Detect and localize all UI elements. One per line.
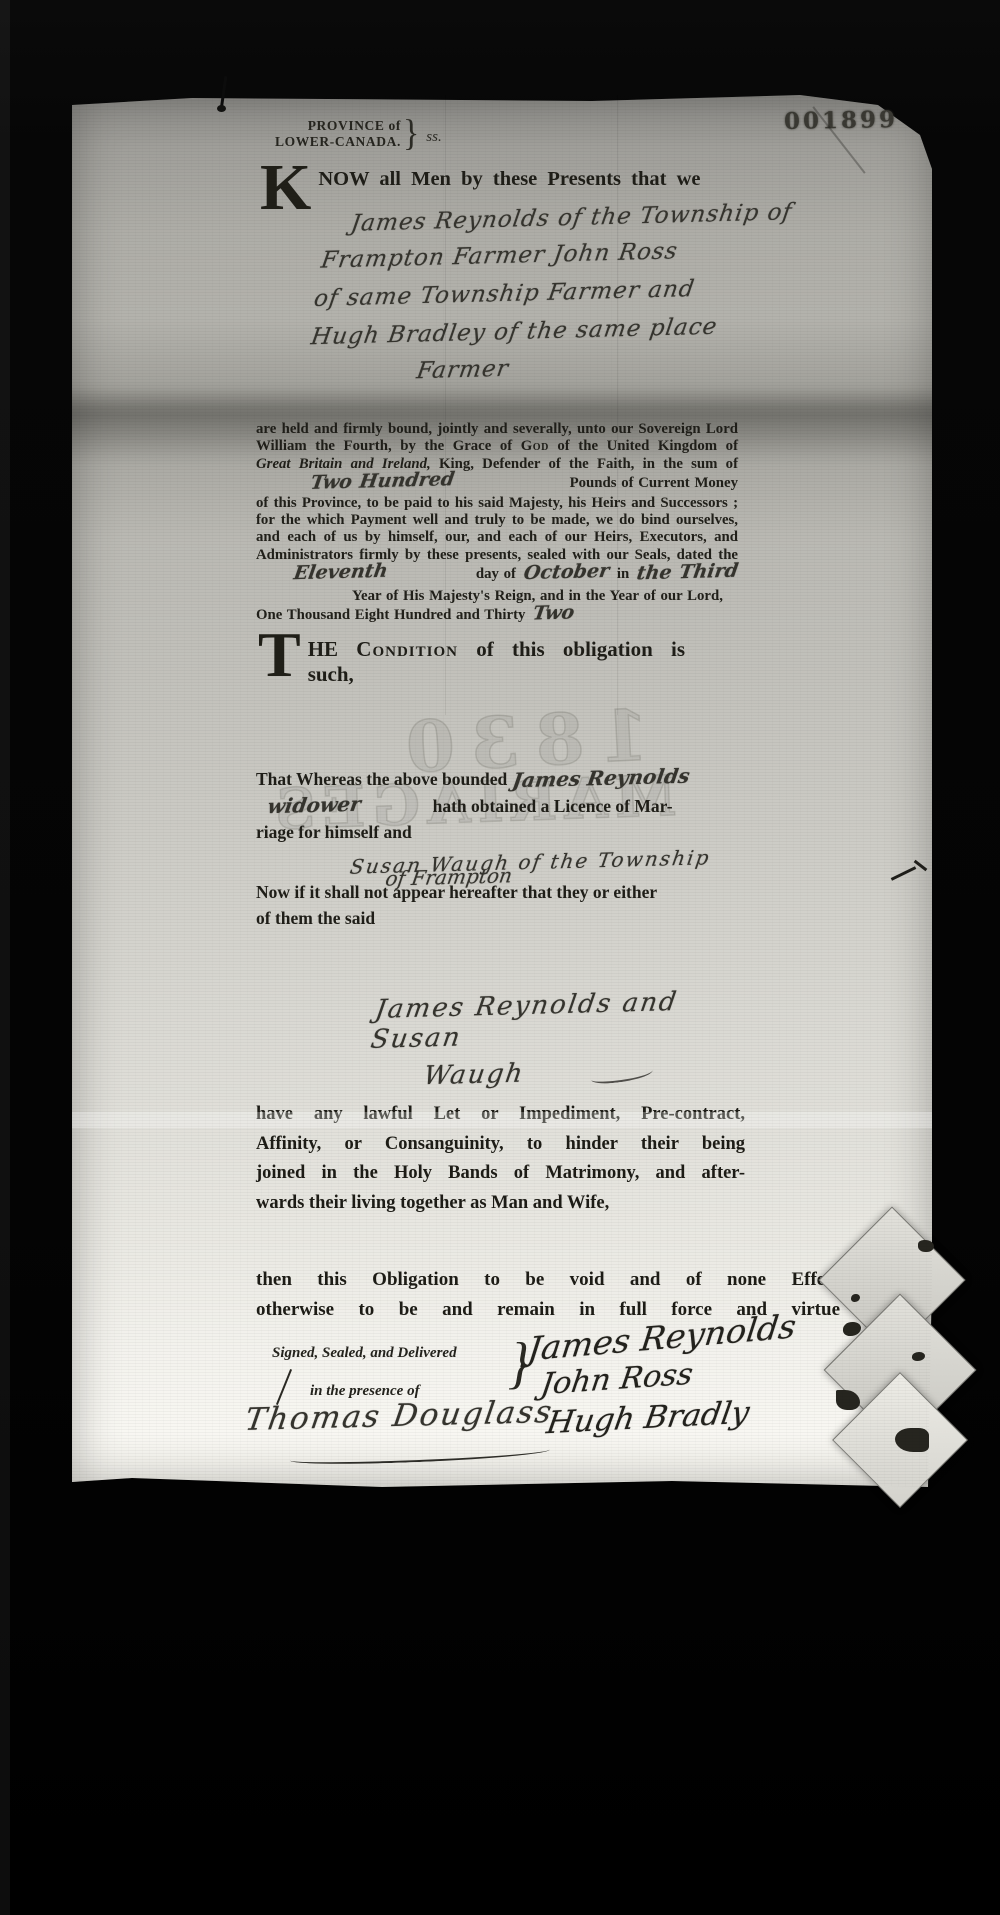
bond-line1: are held and firmly bound, jointly and s… (256, 421, 738, 438)
bond-line4: Two Hundred Pounds of Current Money (256, 473, 738, 495)
condition-he: HE (308, 637, 338, 661)
pen-mark (217, 105, 226, 112)
paper-crease (445, 95, 446, 715)
serial-number-stamp: 001899 (784, 106, 898, 135)
bond-line2-pre: William the Fourth, by the Grace of (256, 438, 512, 454)
whereas-section: That Whereas the above boundedJames Reyn… (256, 765, 750, 931)
handwritten-status: widower (266, 791, 363, 819)
impediment-paragraph: have any lawful Let or Impediment, Pre-c… (256, 1100, 745, 1218)
handwritten-month: October (522, 563, 610, 583)
whereas-line3: riage for himself and (256, 819, 750, 845)
whereas-line1: That Whereas the above boundedJames Reyn… (256, 765, 750, 792)
bond-line5: of this Province, to be paid to his said… (256, 495, 738, 512)
bond-paragraph: are held and firmly bound, jointly and s… (256, 421, 738, 629)
handwritten-year: Two (532, 605, 576, 623)
bond-line9-dayof: day of (476, 566, 516, 583)
condition-smallcaps: Condition (356, 637, 458, 661)
province-line1: PROVINCE of (275, 118, 401, 134)
bond-line6: for the which Payment well and truly to … (256, 512, 738, 529)
impediment-line2: Affinity, or Consanguinity, to hinder th… (256, 1130, 745, 1160)
bond-god: God (521, 438, 549, 454)
bond-line9: Eleventh day of October in the Third (256, 564, 738, 588)
impediment-line1: have any lawful Let or Impediment, Pre-c… (256, 1100, 745, 1130)
province-header: PROVINCE of LOWER-CANADA. } ss. (275, 115, 442, 153)
bond-line2: William the Fourth, by the Grace of God … (256, 438, 738, 455)
dropcap-t: T (258, 628, 299, 682)
opening-text: NOW all Men by these Presents that we (260, 160, 820, 191)
handwritten-regnal-year: the Third (636, 563, 740, 583)
ink-blot (918, 1240, 934, 1252)
whereas-line1-printed: That Whereas the above bounded (256, 769, 507, 789)
document-scan: 1830 MARIAGES PROVINCE of LOWER-CANADA. … (0, 0, 1000, 1915)
party-signature-1: James Reynolds (530, 1318, 794, 1357)
handwritten-sum: Two Hundred (309, 471, 455, 492)
condition-text: HE Condition of this obligation is such, (258, 628, 744, 687)
witness-signature: Thomas Douglass (246, 1398, 553, 1434)
handwritten-groom-name: James Reynolds (511, 763, 692, 794)
handwritten-signature-john-ross: John Ross (539, 1357, 696, 1402)
couple-handwritten-block: James Reynolds and Susan Waugh (256, 990, 750, 1090)
closing-line1: then this Obligation to be void and of n… (256, 1265, 840, 1295)
whereas-line5: of them the said (256, 905, 750, 931)
impediment-line3: joined in the Holy Bands of Matrimony, a… (256, 1159, 745, 1189)
bond-line4-post: Pounds of Current Money (570, 475, 738, 492)
province-ss: ss. (426, 129, 441, 146)
bond-line3-post: King, Defender of the Faith, in the sum … (439, 456, 738, 472)
handwritten-party-line2: Frampton Farmer John Ross (319, 238, 679, 273)
bond-line9-in: in (617, 566, 629, 583)
handwritten-signature-hugh-bradly: Hugh Bradly (544, 1395, 752, 1441)
whereas-line2: widowerhath obtained a Licence of Mar- (256, 792, 750, 819)
bond-line7: and each of us by himself, our, and each… (256, 529, 738, 546)
handwritten-party-line5: Farmer (415, 356, 511, 384)
attestation-line1: Signed, Sealed, and Delivered (272, 1345, 457, 1362)
handwritten-party-line1: James Reynolds of the Township of (349, 199, 794, 236)
bond-line3: Great Britain and Ireland, King, Defende… (256, 456, 738, 473)
handwritten-party-line3: of same Township Farmer and (312, 276, 696, 312)
bond-line10: Year of His Majesty's Reign, and in the … (256, 588, 738, 605)
ink-blot (895, 1428, 929, 1452)
province-brace: } (403, 113, 419, 155)
party-signature-2: John Ross (542, 1362, 692, 1397)
handwritten-couple-line2: Waugh (422, 1059, 527, 1092)
bond-line11: One Thousand Eight Hundred and ThirtyTwo (256, 605, 738, 629)
handwritten-couple-line1: James Reynolds and Susan (369, 985, 756, 1055)
province-name: PROVINCE of LOWER-CANADA. (275, 118, 401, 150)
parties-handwritten-block: James Reynolds of the Township of Frampt… (267, 205, 827, 395)
paper-crease (617, 95, 618, 715)
condition-clause: T HE Condition of this obligation is suc… (258, 628, 744, 687)
whereas-line2-printed: hath obtained a Licence of Mar- (433, 796, 673, 816)
party-signature-3: Hugh Bradly (548, 1400, 748, 1436)
bond-line2-post: of the United Kingdom of (557, 438, 738, 454)
impediment-line4: wards their living together as Man and W… (256, 1189, 745, 1219)
handwritten-bride-township: of Frampton (384, 863, 514, 890)
handwritten-day: Eleventh (293, 563, 389, 583)
province-line2: LOWER-CANADA. (275, 134, 401, 150)
handwritten-witness-name: Thomas Douglass (243, 1394, 556, 1438)
handwritten-party-line4: Hugh Bradley of the same place (309, 314, 719, 351)
